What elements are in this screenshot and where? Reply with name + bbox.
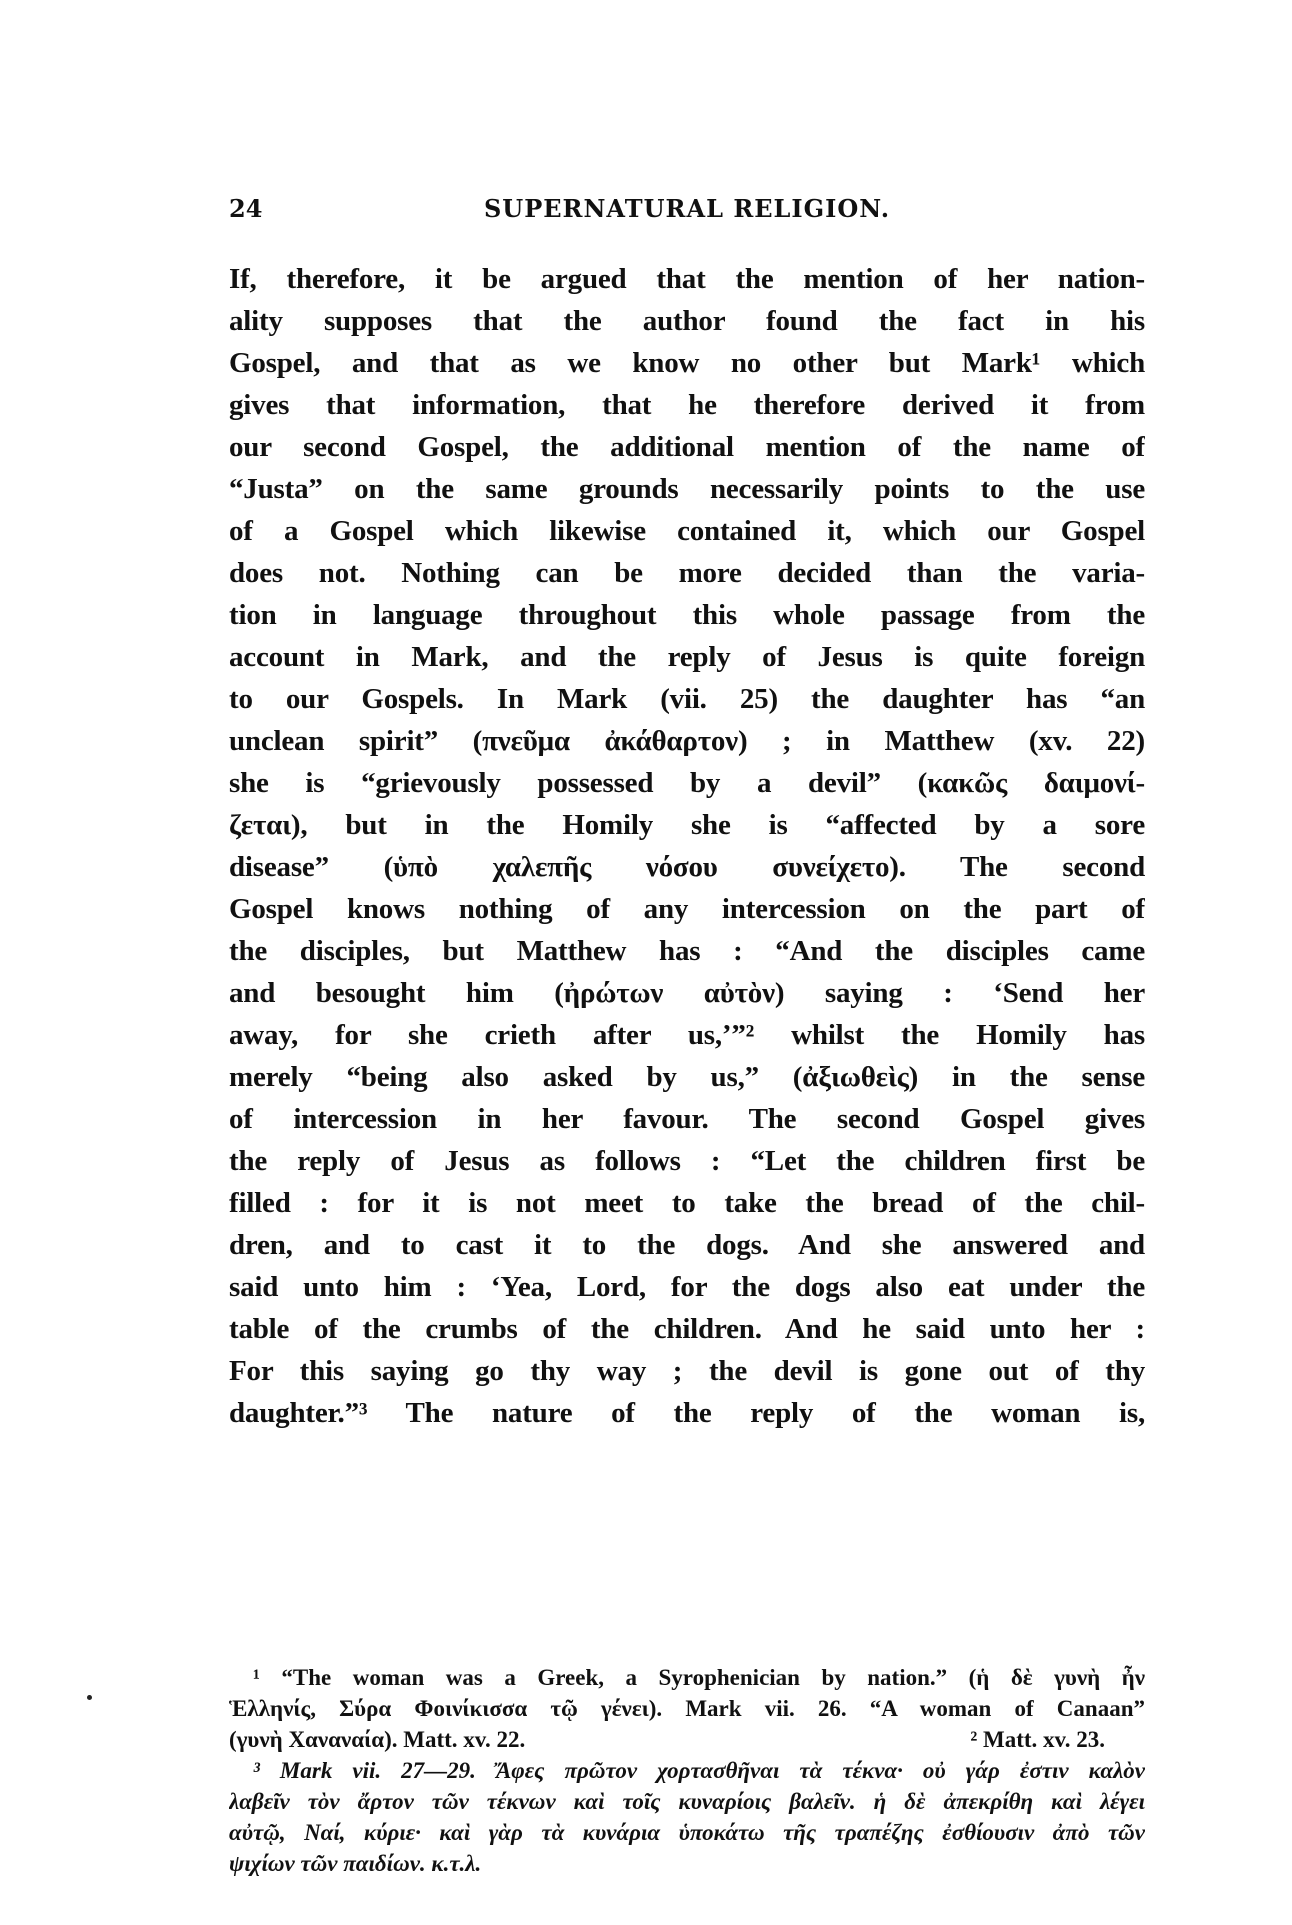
text-line: “Justa” on the same grounds necessarily … <box>229 468 1145 510</box>
footnote-3-line: ³ Mark vii. 27—29. Ἄφες πρῶτον χορτασθῆν… <box>229 1755 1145 1786</box>
text-line: merely “being also asked by us,” (ἀξιωθε… <box>229 1056 1145 1098</box>
footnotes: ¹ “The woman was a Greek, a Syrophenicia… <box>229 1662 1145 1879</box>
text-line: tion in language throughout this whole p… <box>229 594 1145 636</box>
text-line: account in Mark, and the reply of Jesus … <box>229 636 1145 678</box>
text-line: gives that information, that he therefor… <box>229 384 1145 426</box>
footnote-1-2-line: (γυνὴ Χαναναία). Matt. xv. 22. ² Matt. x… <box>229 1724 1145 1755</box>
text-line: she is “grievously possessed by a devil”… <box>229 762 1145 804</box>
text-line: does not. Nothing can be more decided th… <box>229 552 1145 594</box>
footnote-3-line: ψιχίων τῶν παιδίων. κ.τ.λ. <box>229 1848 1145 1879</box>
text-line: ality supposes that the author found the… <box>229 300 1145 342</box>
scan-speck <box>87 1695 92 1700</box>
text-line: unclean spirit” (πνεῦμα ἀκάθαρτον) ; in … <box>229 720 1145 762</box>
footnote-1-line: Ἑλληνίς, Σύρα Φοινίκισσα τῷ γένει). Mark… <box>229 1693 1145 1724</box>
text-line: table of the crumbs of the children. And… <box>229 1308 1145 1350</box>
text-line: and besought him (ἠρώτων αὐτὸν) saying :… <box>229 972 1145 1014</box>
text-line: the reply of Jesus as follows : “Let the… <box>229 1140 1145 1182</box>
footnote-3-line: αὐτῷ, Ναί, κύριε· καὶ γὰρ τὰ κυνάρια ὑπο… <box>229 1817 1145 1848</box>
text-line: the disciples, but Matthew has : “And th… <box>229 930 1145 972</box>
running-title: SUPERNATURAL RELIGION. <box>229 192 1145 226</box>
text-line: of intercession in her favour. The secon… <box>229 1098 1145 1140</box>
book-page: 24 SUPERNATURAL RELIGION. If, therefore,… <box>0 0 1292 1925</box>
text-line: Gospel knows nothing of any intercession… <box>229 888 1145 930</box>
text-line: Gospel, and that as we know no other but… <box>229 342 1145 384</box>
footnote-1-end: (γυνὴ Χαναναία). Matt. xv. 22. <box>229 1724 525 1755</box>
text-line: dren, and to cast it to the dogs. And sh… <box>229 1224 1145 1266</box>
footnote-2: ² Matt. xv. 23. <box>970 1724 1145 1755</box>
text-line: If, therefore, it be argued that the men… <box>229 258 1145 300</box>
text-line: For this saying go thy way ; the devil i… <box>229 1350 1145 1392</box>
text-line: to our Gospels. In Mark (vii. 25) the da… <box>229 678 1145 720</box>
text-line: disease” (ὑπὸ χαλεπῆς νόσου συνείχετο). … <box>229 846 1145 888</box>
footnote-1-line: ¹ “The woman was a Greek, a Syrophenicia… <box>229 1662 1145 1693</box>
page-header: 24 SUPERNATURAL RELIGION. <box>229 192 1145 226</box>
text-line: daughter.”³ The nature of the reply of t… <box>229 1392 1145 1434</box>
text-line: ζεται), but in the Homily she is “affect… <box>229 804 1145 846</box>
body-text: If, therefore, it be argued that the men… <box>229 258 1145 1434</box>
footnote-3-line: λαβεῖν τὸν ἄρτον τῶν τέκνων καὶ τοῖς κυν… <box>229 1786 1145 1817</box>
text-line: our second Gospel, the additional mentio… <box>229 426 1145 468</box>
text-line: said unto him : ‘Yea, Lord, for the dogs… <box>229 1266 1145 1308</box>
text-line: filled : for it is not meet to take the … <box>229 1182 1145 1224</box>
text-line: of a Gospel which likewise contained it,… <box>229 510 1145 552</box>
text-line: away, for she crieth after us,’”² whilst… <box>229 1014 1145 1056</box>
